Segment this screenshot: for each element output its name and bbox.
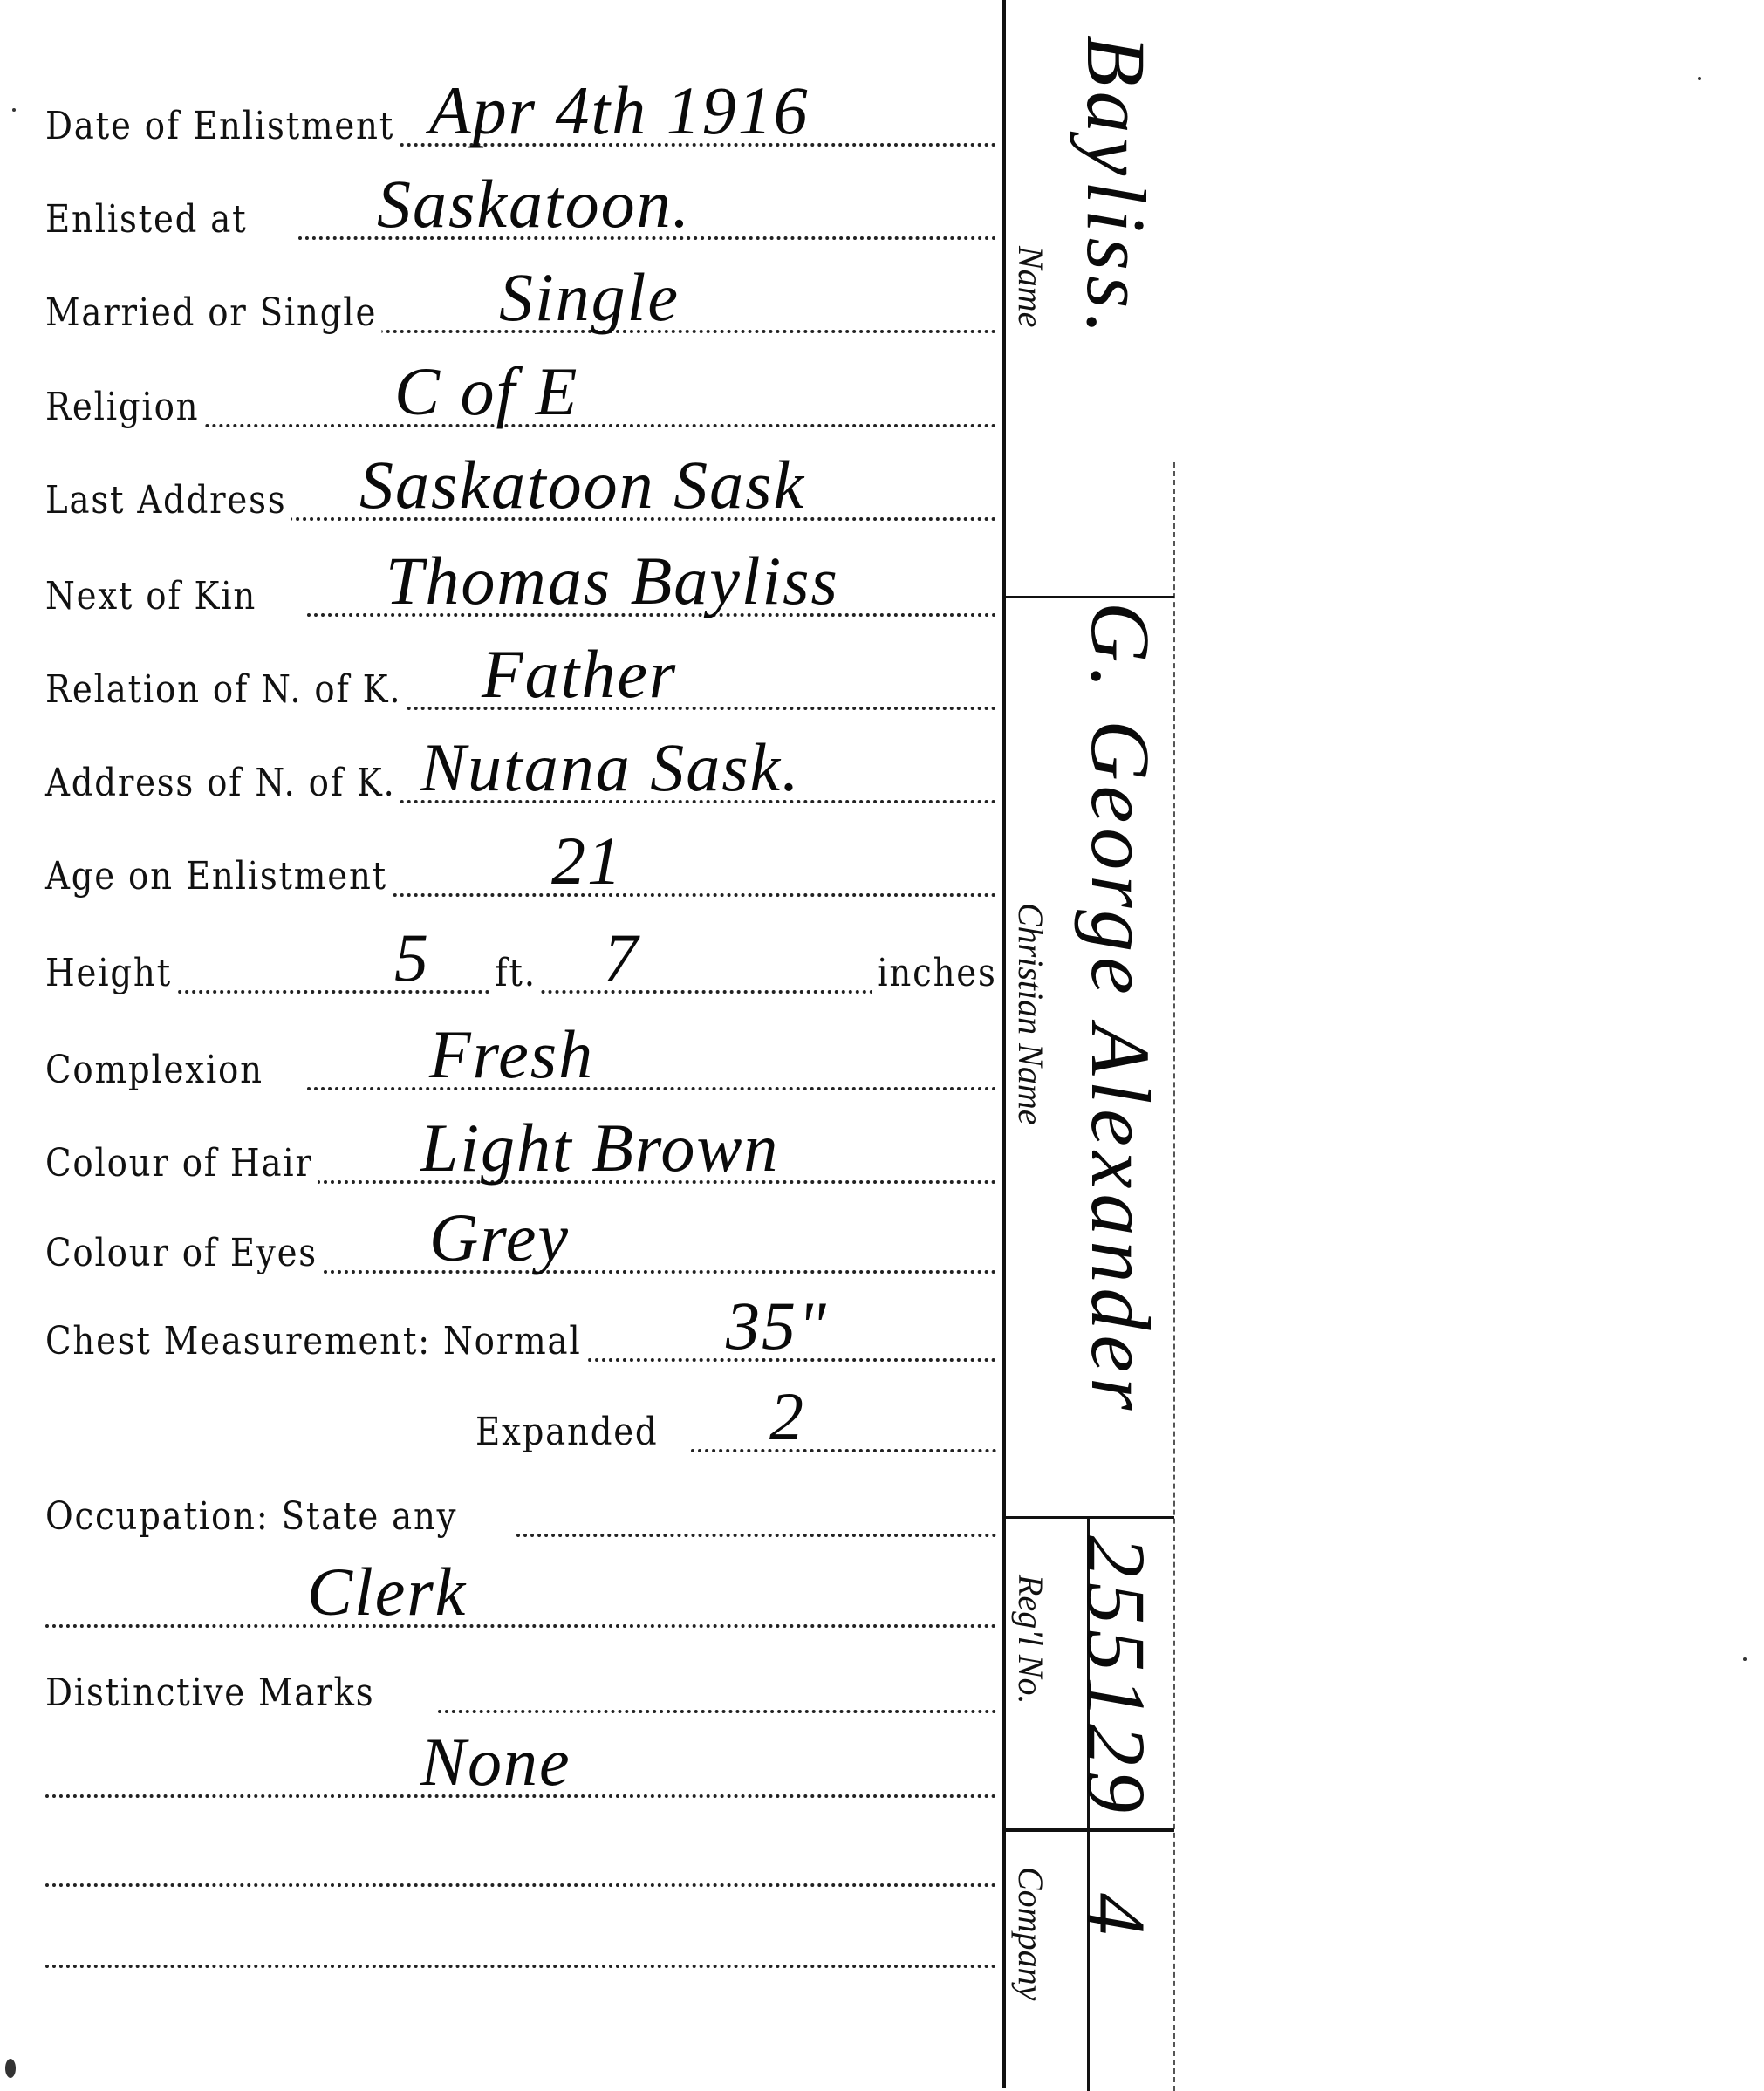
field-label: Date of Enlistment — [45, 104, 399, 148]
field-next-of-kin: Next of Kin Thomas Bayliss — [45, 561, 996, 622]
field-married-or-single: Married or Single Single — [45, 277, 996, 338]
main-divider-line — [1002, 0, 1006, 2088]
field-colour-of-eyes: Colour of Eyes Grey — [45, 1218, 996, 1279]
field-date-of-enlistment: Date of Enlistment Apr 4th 1916 — [45, 91, 996, 152]
field-label: Enlisted at — [45, 197, 252, 242]
field-value: Grey — [429, 1204, 570, 1272]
name-label: Name — [1010, 246, 1051, 327]
field-label: Colour of Eyes — [45, 1231, 322, 1275]
field-label: Next of Kin — [45, 574, 261, 618]
dotted-line — [45, 1624, 996, 1628]
field-label: Occupation: State any — [45, 1494, 462, 1539]
dotted-line — [45, 1965, 996, 1968]
blank-line — [45, 1912, 996, 1973]
field-complexion: Complexion Fresh — [45, 1035, 996, 1096]
field-enlisted-at: Enlisted at Saskatoon. — [45, 184, 996, 245]
field-value: Father — [482, 640, 677, 708]
field-value: None — [420, 1728, 571, 1796]
regl-no-value: 255129 — [1068, 1535, 1165, 1818]
field-value: Single — [499, 263, 680, 331]
right-dashed-border — [1173, 462, 1175, 2091]
scan-speck — [5, 2059, 16, 2078]
field-value: C of E — [394, 358, 578, 426]
field-label: Complexion — [45, 1048, 268, 1092]
field-last-address: Last Address Saskatoon Sask — [45, 465, 1049, 526]
field-occupation-value-row: Clerk — [45, 1572, 996, 1633]
field-value: 2 — [769, 1383, 805, 1451]
field-value: Apr 4th 1916 — [429, 77, 810, 145]
field-label: Expanded — [475, 1410, 663, 1454]
company-value: 4 — [1068, 1893, 1165, 1940]
field-address-of-next-of-kin: Address of N. of K. Nutana Sask. — [45, 748, 996, 809]
regl-no-label: Reg'l No. — [1010, 1575, 1051, 1705]
scan-speck — [1743, 1657, 1747, 1661]
field-religion: Religion C of E — [45, 372, 996, 433]
scan-speck — [1698, 77, 1701, 80]
field-label: Relation of N. of K. — [45, 667, 407, 712]
field-value: Saskatoon Sask — [359, 451, 805, 519]
christian-name-label: Christian Name — [1010, 903, 1051, 1124]
field-label: Age on Enlistment — [45, 854, 392, 899]
field-value: 21 — [551, 827, 623, 895]
height-feet-value: 5 — [394, 924, 430, 992]
field-age-on-enlistment: Age on Enlistment 21 — [45, 841, 996, 902]
field-chest-expanded: Expanded 2 — [45, 1397, 996, 1458]
dotted-line — [691, 1449, 996, 1452]
field-distinctive-marks-label-row: Distinctive Marks — [45, 1657, 996, 1719]
dotted-line — [45, 1883, 996, 1887]
field-relation-of-next-of-kin: Relation of N. of K. Father — [45, 654, 996, 715]
field-value: Saskatoon. — [377, 170, 691, 238]
christian-name-value: G. George Alexander — [1072, 602, 1169, 1415]
field-label: Colour of Hair — [45, 1141, 318, 1186]
field-occupation-label-row: Occupation: State any — [45, 1481, 996, 1542]
field-colour-of-hair: Colour of Hair Light Brown — [45, 1128, 996, 1189]
field-label: Chest Measurement: Normal — [45, 1319, 586, 1363]
field-chest-normal: Chest Measurement: Normal 35" — [45, 1306, 996, 1367]
company-label: Company — [1010, 1867, 1051, 2000]
dotted-line — [516, 1534, 996, 1537]
field-value: Thomas Bayliss — [386, 547, 839, 615]
scan-speck — [12, 108, 16, 112]
height-feet-unit: ft. — [490, 951, 541, 995]
dotted-line — [438, 1710, 996, 1713]
enlistment-record-card: Date of Enlistment Apr 4th 1916 Enlisted… — [0, 0, 1764, 2091]
surname-value: Bayliss. — [1068, 35, 1165, 339]
field-value: 35" — [726, 1292, 828, 1360]
field-label: Height — [45, 951, 176, 995]
height-inches-unit: inches — [872, 951, 1002, 995]
field-label: Last Address — [45, 478, 291, 523]
field-value: Clerk — [307, 1558, 467, 1626]
field-distinctive-marks-value-row: None — [45, 1742, 996, 1803]
field-label: Distinctive Marks — [45, 1671, 379, 1715]
field-value: Fresh — [429, 1021, 594, 1089]
name-section-rule — [1003, 596, 1174, 598]
field-height: Height 5 ft. 7 inches — [45, 938, 996, 999]
field-value: Light Brown — [420, 1114, 779, 1182]
height-inches-value: 7 — [604, 924, 639, 992]
field-label: Religion — [45, 385, 204, 429]
field-label: Married or Single — [45, 290, 381, 335]
dotted-line — [307, 1087, 996, 1090]
field-value: Nutana Sask. — [420, 734, 801, 802]
field-label: Address of N. of K. — [45, 761, 400, 805]
blank-line — [45, 1831, 996, 1892]
